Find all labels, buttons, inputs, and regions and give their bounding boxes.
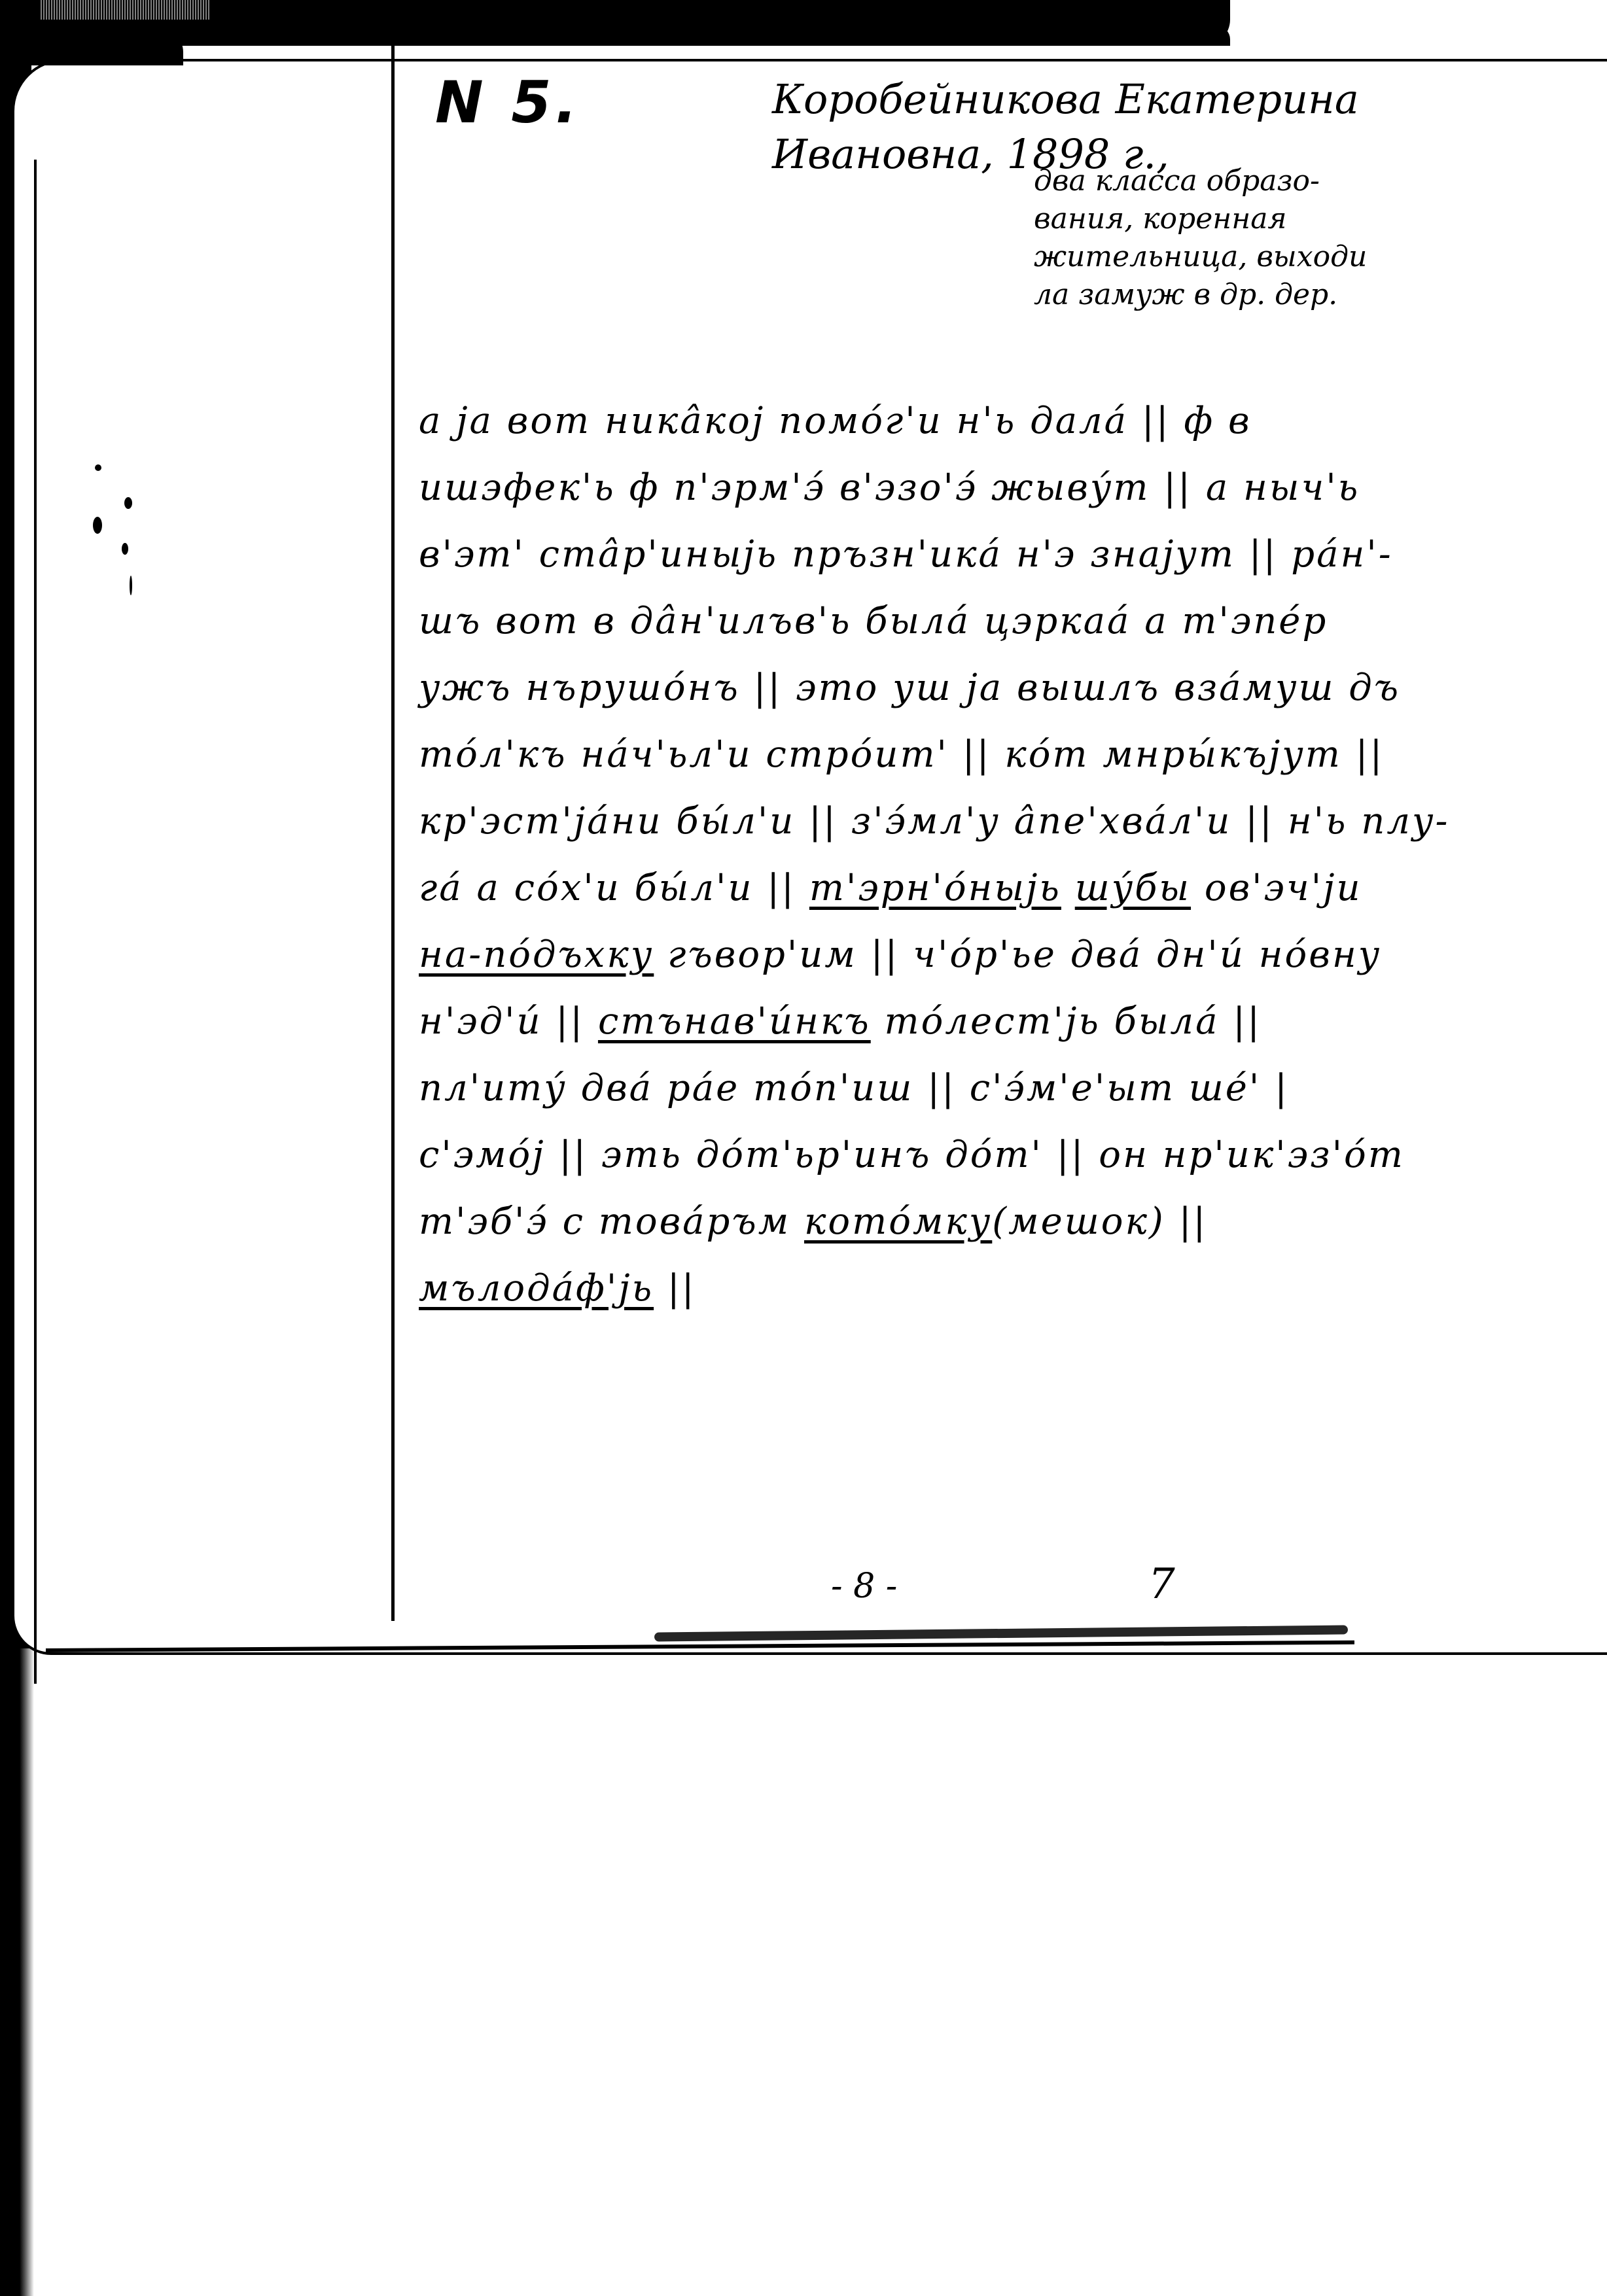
transcript-segment: шъ вот в дâн'илъв'ь была́ цэркаа́ а т'эп…: [419, 600, 1328, 642]
page-top-edge: [144, 26, 1230, 46]
underlined-word: шу́бы: [1075, 867, 1191, 909]
transcript-segment: [1061, 867, 1075, 909]
transcript-line: н'эд'и́ || стънав'и́нкъ то́лест'jь была́…: [419, 993, 1374, 1051]
transcript-segment: в'эт' стâр'иныjь пръзн'ика́ н'э знаjут |…: [419, 533, 1393, 576]
transcript-segment: пл'иту́ два́ ра́е то́п'иш || с'э́м'е'ыт …: [419, 1067, 1289, 1109]
underlined-word: стънав'и́нкъ: [598, 1000, 871, 1043]
transcript-segment: то́лест'jь была́ ||: [871, 1000, 1262, 1043]
scan-shadow-left-gradient: [0, 1648, 34, 2296]
scan-shadow-texture: [39, 0, 209, 20]
transcript-line: шъ вот в дâн'илъв'ь была́ цэркаа́ а т'эп…: [419, 593, 1374, 650]
transcript-segment: с'эмо́j || эть до́т'ьр'инъ до́т' || он н…: [419, 1134, 1405, 1176]
transcript-segment: а ja вот никâкоj помо́г'и н'ь дала́ || ф…: [419, 400, 1252, 442]
page-number-center: - 8 -: [831, 1567, 897, 1606]
transcript-line: пл'иту́ два́ ра́е то́п'иш || с'э́м'е'ыт …: [419, 1060, 1374, 1117]
informant-details-line: жительница, выходи: [1034, 238, 1413, 276]
page-inner-edge: [34, 160, 37, 1684]
underlined-word: мълода́ф'jь: [419, 1267, 654, 1310]
margin-line: [391, 38, 395, 1621]
underlined-word: кото́мку: [804, 1200, 992, 1243]
transcript-segment: ов'эч'jи: [1191, 867, 1362, 909]
transcript-line: т'эб'э́ с това́ръм кото́мку(мешок) ||: [419, 1193, 1374, 1251]
underlined-word: на-по́дъхку: [419, 933, 654, 976]
dialect-transcript: а ja вот никâкоj помо́г'и н'ь дала́ || ф…: [419, 392, 1374, 1327]
transcript-segment: га́ а со́х'и бы́л'и ||: [419, 867, 809, 909]
transcript-line: кр'эст'jáни бы́л'и || з'э́мл'у âпе'хва́л…: [419, 793, 1374, 850]
transcript-line: ужъ нърушо́нъ || это уш ja вышлъ взáмуш …: [419, 659, 1374, 717]
informant-details: два класса образо- вания, коренная жител…: [1034, 162, 1413, 314]
transcript-line: в'эт' стâр'иныjь пръзн'ика́ н'э знаjут |…: [419, 526, 1374, 583]
underlined-word: т'эрн'о́ныjь: [809, 867, 1061, 909]
transcript-line: мълода́ф'jь ||: [419, 1260, 1374, 1317]
transcript-segment: ишэфек'ь ф п'эрм'э́ в'эзо'э́ жыву́т || а…: [419, 466, 1360, 509]
transcript-segment: н'эд'и́ ||: [419, 1000, 598, 1043]
transcript-segment: гъвор'им || ч'о́р'ье два́ дн'и́ но́вну: [654, 933, 1381, 976]
transcript-segment: кр'эст'jáни бы́л'и || з'э́мл'у âпе'хва́л…: [419, 800, 1449, 843]
transcript-line: га́ а со́х'и бы́л'и || т'эрн'о́ныjь шу́б…: [419, 860, 1374, 917]
page-number-right: 7: [1148, 1560, 1175, 1609]
transcript-segment: ужъ нърушо́нъ || это уш ja вышлъ взáмуш …: [419, 667, 1400, 709]
transcript-line: с'эмо́j || эть до́т'ьр'инъ до́т' || он н…: [419, 1126, 1374, 1184]
transcript-line: ишэфек'ь ф п'эрм'э́ в'эзо'э́ жыву́т || а…: [419, 459, 1374, 517]
transcript-segment: ||: [654, 1267, 696, 1310]
informant-details-line: два класса образо-: [1034, 162, 1413, 200]
informant-details-line: вания, коренная: [1034, 200, 1413, 238]
transcript-segment: то́л'къ на́ч'ьл'и стро́ит' || ко́т мнры́…: [419, 733, 1384, 776]
informant-name-line-1: Коробейникова Екатерина: [772, 72, 1426, 127]
transcript-line: на-по́дъхку гъвор'им || ч'о́р'ье два́ дн…: [419, 926, 1374, 984]
record-number: N 5.: [435, 69, 581, 136]
transcript-segment: (мешок) ||: [992, 1200, 1207, 1243]
transcript-segment: т'эб'э́ с това́ръм: [419, 1200, 804, 1243]
informant-details-line: ла замуж в др. дер.: [1034, 276, 1413, 314]
transcript-line: то́л'къ на́ч'ьл'и стро́ит' || ко́т мнры́…: [419, 726, 1374, 784]
transcript-line: а ja вот никâкоj помо́г'и н'ь дала́ || ф…: [419, 392, 1374, 450]
scan-specks: [92, 458, 137, 608]
